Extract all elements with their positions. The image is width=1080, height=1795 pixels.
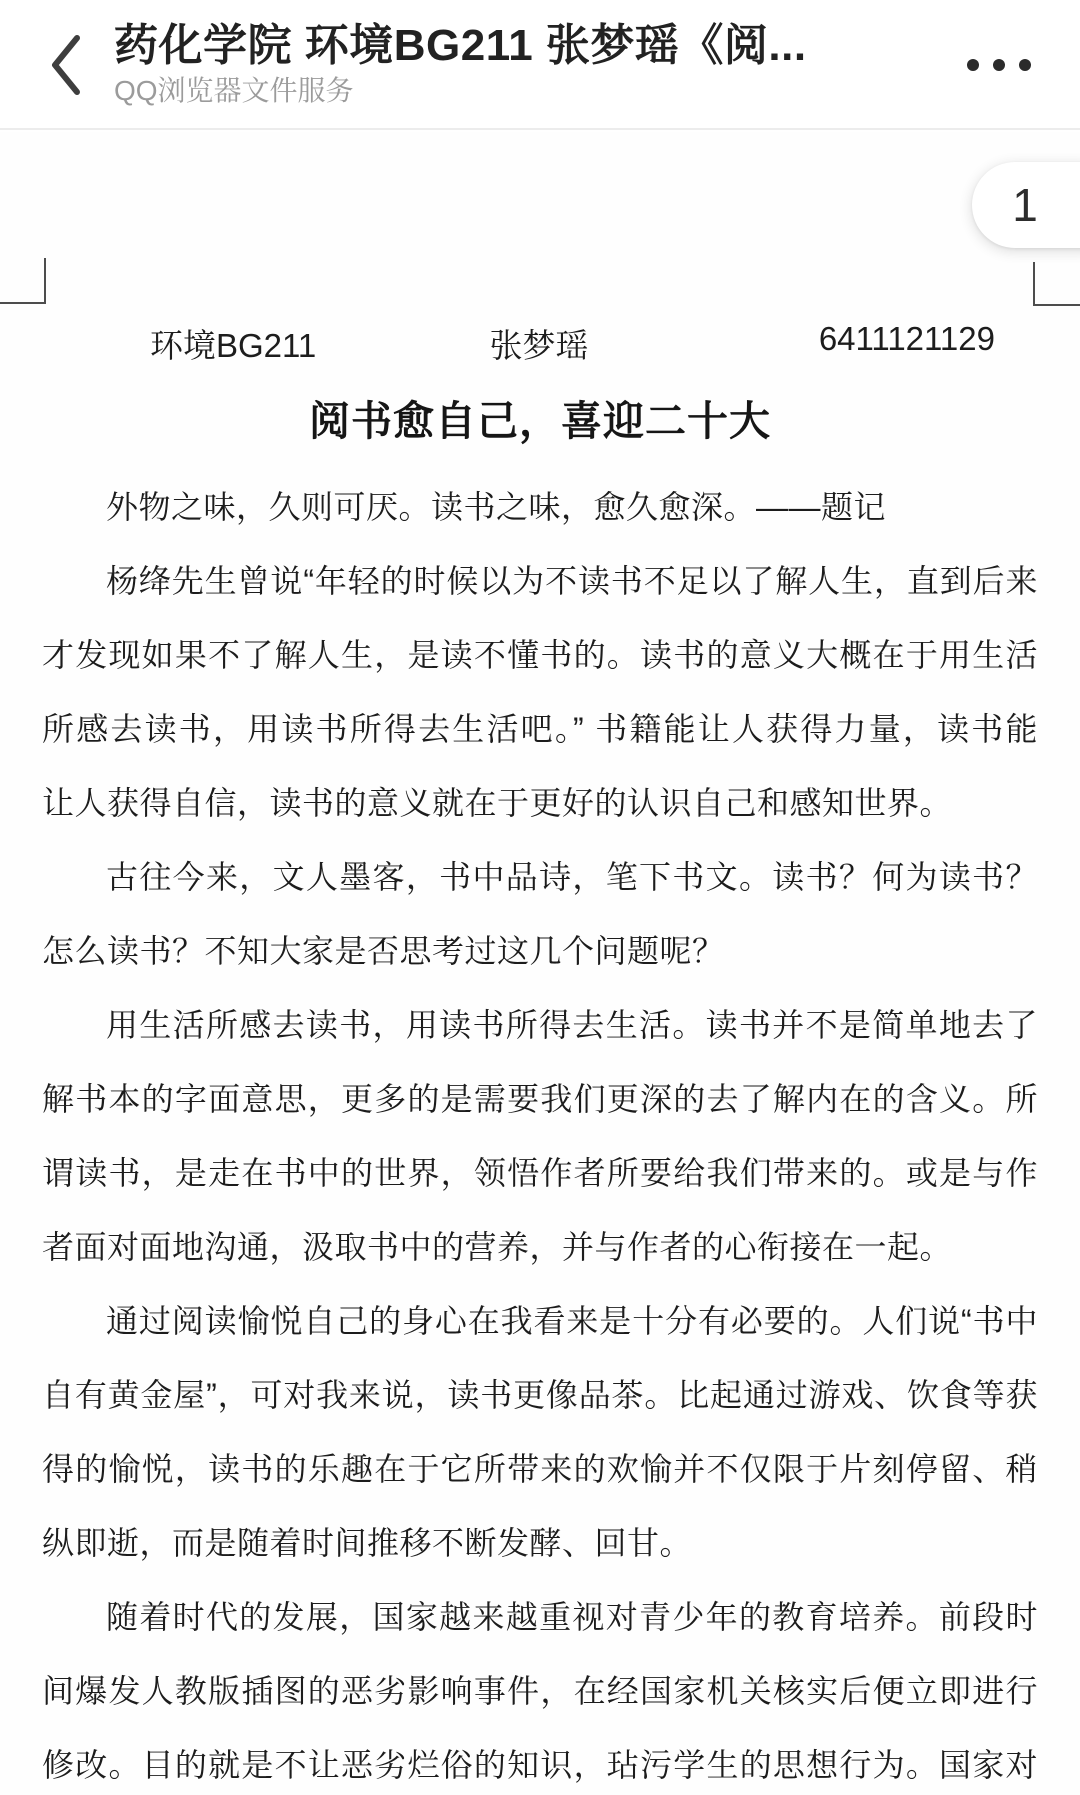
essay-line: 解书本的字面意思，更多的是需要我们更深的去了解内在的含义。所 xyxy=(42,1062,1038,1136)
page-corner-mark-right xyxy=(1033,262,1080,306)
essay-line: 所感去读书，用读书所得去生活吧。” 书籍能让人获得力量，读书能 xyxy=(42,692,1038,766)
essay-line: 让人获得自信，读书的意义就在于更好的认识自己和感知世界。 xyxy=(42,766,1038,840)
more-icon xyxy=(966,58,1032,72)
more-button[interactable] xyxy=(966,54,1032,78)
essay-line: 得的愉悦，读书的乐趣在于它所带来的欢愉并不仅限于片刻停留、稍 xyxy=(42,1432,1038,1506)
back-button[interactable] xyxy=(46,26,106,104)
page-subtitle: QQ浏览器文件服务 xyxy=(114,74,954,108)
essay-line: 用生活所感去读书，用读书所得去生活。读书并不是简单地去了 xyxy=(42,988,1038,1062)
essay-line: 自有黄金屋”，可对我来说，读书更像品茶。比起通过游戏、饮食等获 xyxy=(42,1358,1038,1432)
title-block: 药化学院 环境BG211 张梦瑶《阅... QQ浏览器文件服务 xyxy=(114,20,954,108)
page-corner-mark-left xyxy=(0,258,46,304)
student-number: 6411121129 xyxy=(819,320,995,358)
essay-line: 随着时代的发展，国家越来越重视对青少年的教育培养。前段时 xyxy=(42,1580,1038,1654)
document-page: 1 环境BG211 张梦瑶 6411121129 阅书愈自己，喜迎二十大 外物之… xyxy=(0,132,1080,1795)
essay-line: 谓读书，是走在书中的世界，领悟作者所要给我们带来的。或是与作 xyxy=(42,1136,1038,1210)
student-name: 张梦瑶 xyxy=(490,320,589,367)
essay-line: 杨绛先生曾说“年轻的时候以为不读书不足以了解人生，直到后来 xyxy=(42,544,1038,618)
essay-line: 者面对面地沟通，汲取书中的营养，并与作者的心衔接在一起。 xyxy=(42,1210,1038,1284)
essay-line: 纵即逝，而是随着时间推移不断发酵、回甘。 xyxy=(42,1506,1038,1580)
page-number: 1 xyxy=(1012,178,1038,232)
essay-line: 通过阅读愉悦自己的身心在我看来是十分有必要的。人们说“书中 xyxy=(42,1284,1038,1358)
essay-line: 古往今来，文人墨客，书中品诗，笔下书文。读书？何为读书？ xyxy=(42,840,1038,914)
essay-line: 才发现如果不了解人生，是读不懂书的。读书的意义大概在于用生活 xyxy=(42,618,1038,692)
document-info-row: 环境BG211 张梦瑶 6411121129 xyxy=(0,320,1080,360)
essay-line: 怎么读书？不知大家是否思考过这几个问题呢？ xyxy=(42,914,1038,988)
essay-line: 间爆发人教版插图的恶劣影响事件，在经国家机关核实后便立即进行 xyxy=(42,1654,1038,1728)
essay-title: 阅书愈自己，喜迎二十大 xyxy=(0,388,1080,447)
app-bar: 药化学院 环境BG211 张梦瑶《阅... QQ浏览器文件服务 xyxy=(0,0,1080,130)
back-icon xyxy=(46,33,84,97)
essay-line: 外物之味，久则可厌。读书之味，愈久愈深。——题记 xyxy=(42,470,1038,544)
essay-line: 修改。目的就是不让恶劣烂俗的知识，玷污学生的思想行为。国家对 xyxy=(42,1728,1038,1795)
page-title: 药化学院 环境BG211 张梦瑶《阅... xyxy=(114,20,954,72)
class-id: 环境BG211 xyxy=(150,320,316,367)
page-number-badge[interactable]: 1 xyxy=(972,162,1080,248)
essay-body: 外物之味，久则可厌。读书之味，愈久愈深。——题记杨绛先生曾说“年轻的时候以为不读… xyxy=(42,470,1038,1795)
